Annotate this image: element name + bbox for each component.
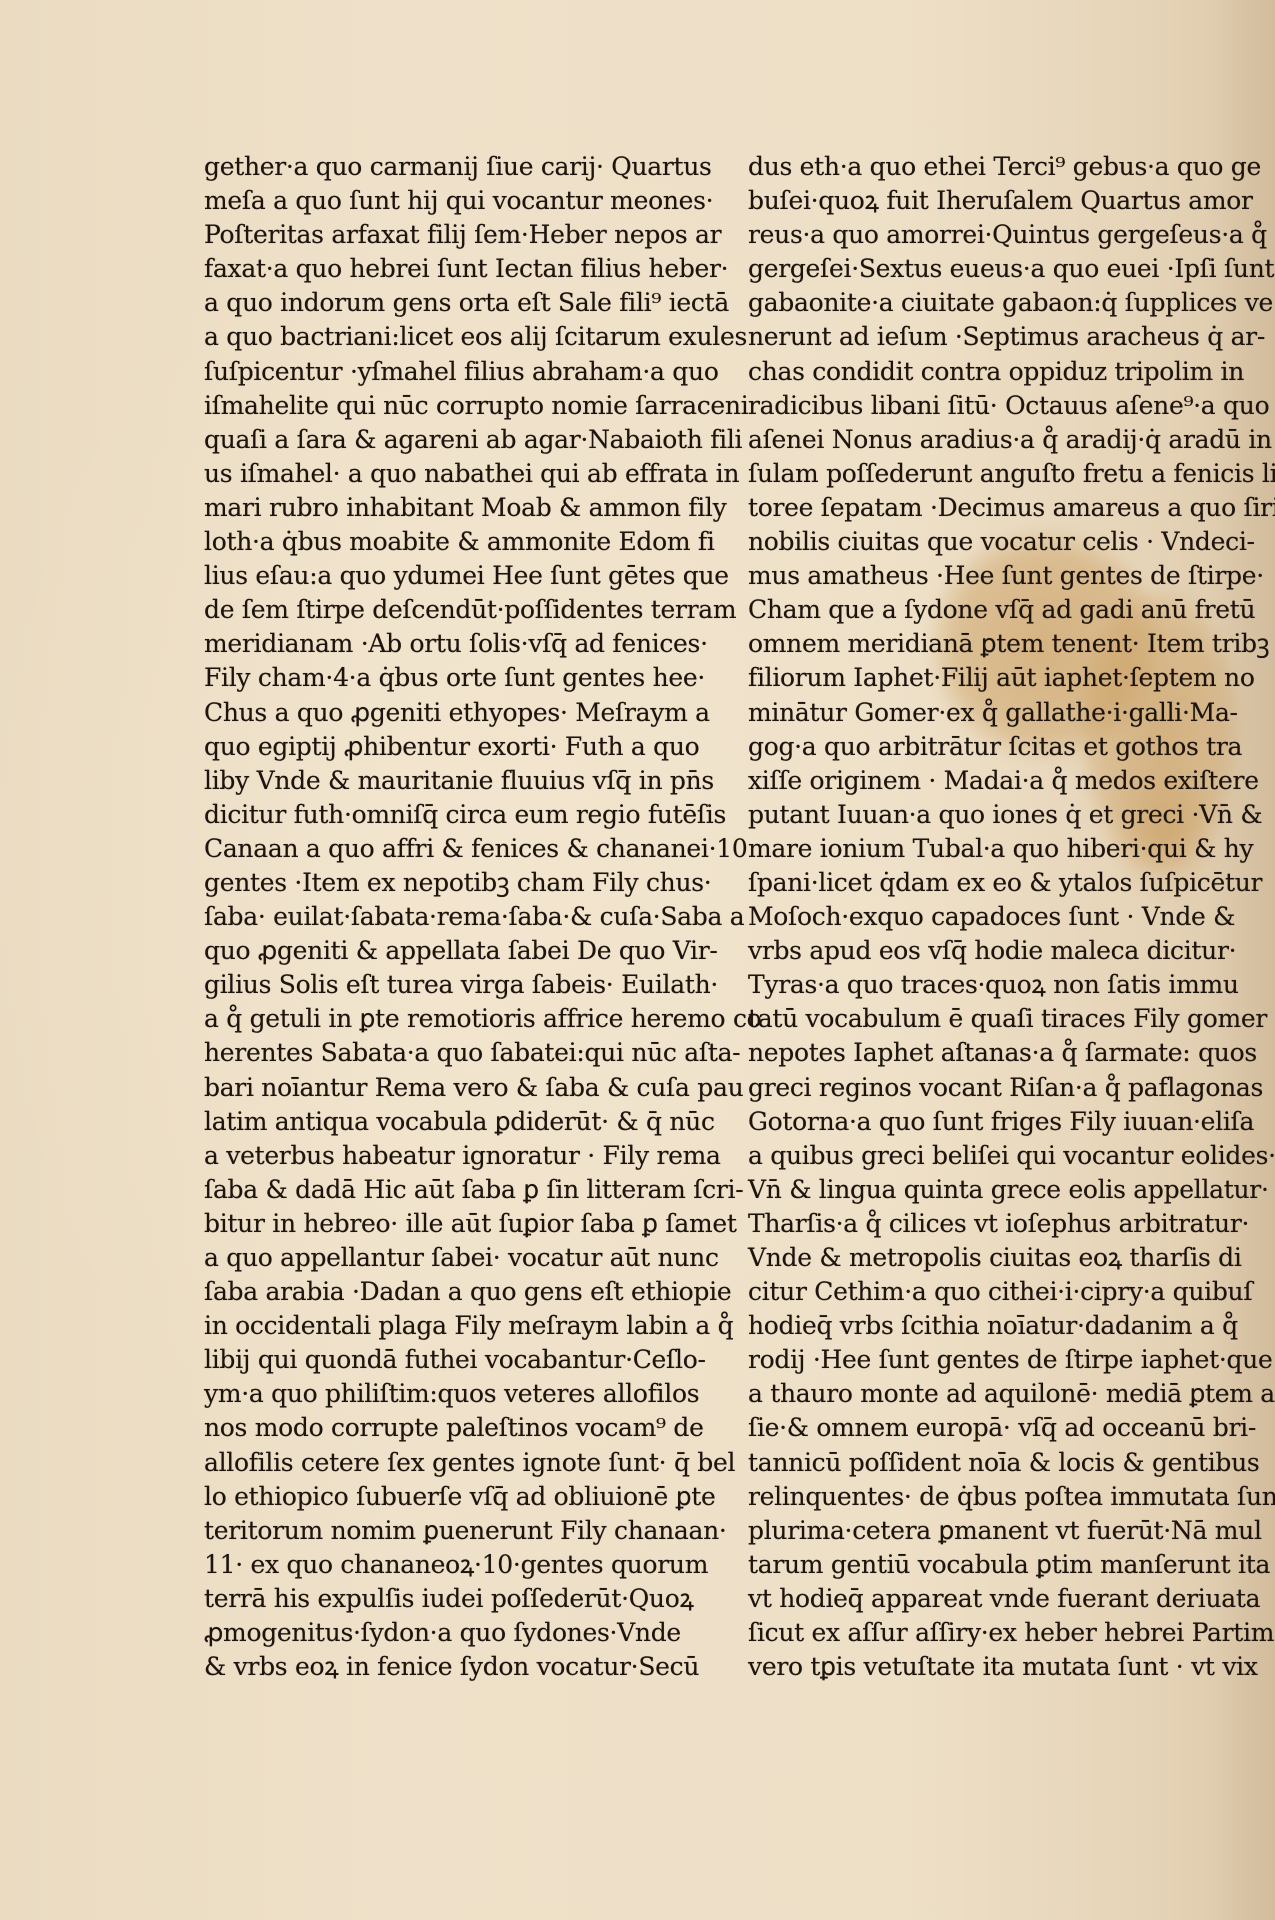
text-line: nepotes Iaphet aſtanas·a q̊ ſarmate: quo…	[748, 1036, 1216, 1070]
text-line: dicitur futh·omniſq̄ circa eum regio fut…	[204, 798, 674, 832]
text-line: relinquentes· de q̇bus poſtea immutata ſ…	[748, 1480, 1216, 1514]
text-line: tarum gentiū vocabula ꝑtim manſerunt ita	[748, 1548, 1216, 1582]
text-line: filiorum Iaphet·Filij aūt iaphet·ſeptem …	[748, 661, 1216, 695]
text-line: terrā his expulſis iudei poſſederūt·Quoꝝ	[204, 1582, 674, 1616]
text-line: ſicut ex aſſur aſſiry·ex heber hebrei Pa…	[748, 1616, 1216, 1650]
text-line: loth·a q̇bus moabite & ammonite Edom fi	[204, 525, 674, 559]
text-line: Vnde & metropolis ciuitas eoꝝ tharſis di	[748, 1241, 1216, 1275]
text-line: lo ethiopico ſubuerſe vſq̄ ad obliuionē …	[204, 1480, 674, 1514]
text-line: faxat·a quo hebrei ſunt Iectan filius he…	[204, 252, 674, 286]
text-line: nobilis ciuitas que vocatur celis · Vnde…	[748, 525, 1216, 559]
text-line: a quo appellantur ſabei· vocatur aūt nun…	[204, 1241, 674, 1275]
text-line: liby Vnde & mauritanie fluuius vſq̄ in p…	[204, 764, 674, 798]
text-line: lius eſau:a quo ydumei Hee ſunt gētes qu…	[204, 559, 674, 593]
text-line: iſmahelite qui nūc corrupto nomie ſarrac…	[204, 389, 674, 423]
text-line: a thauro monte ad aquilonē· mediā ꝑtem a…	[748, 1377, 1216, 1411]
text-line: gabaonite·a ciuitate gabaon:q̇ ſupplices…	[748, 286, 1216, 320]
text-column-left: gether·a quo carmanij ſiue carij· Quartu…	[204, 150, 674, 1684]
text-line: mari rubro inhabitant Moab & ammon fily	[204, 491, 674, 525]
text-line: quo egiptij ꝓhibentur exorti· Futh a quo	[204, 730, 674, 764]
text-line: Gotorna·a quo ſunt friges Fily iuuan·eli…	[748, 1105, 1216, 1139]
text-line: tannicū poſſident noīa & locis & gentibu…	[748, 1446, 1216, 1480]
text-line: Tharſis·a q̊ cilices vt ioſephus arbitra…	[748, 1207, 1216, 1241]
text-line: a quo indorum gens orta eſt Sale fili⁹ i…	[204, 286, 674, 320]
text-line: gether·a quo carmanij ſiue carij· Quartu…	[204, 150, 674, 184]
text-line: putant Iuuan·a quo iones q̇ et greci ·Vn…	[748, 798, 1216, 832]
text-line: plurima·cetera ꝑmanent vt fuerūt·Nā mul	[748, 1514, 1216, 1548]
text-line: latim antiqua vocabula ꝑdiderūt· & q̄ nū…	[204, 1105, 674, 1139]
text-line: Cham que a ſydone vſq̄ ad gadi anū fretū	[748, 593, 1216, 627]
text-line: a quo bactriani:licet eos alij ſcitarum …	[204, 320, 674, 354]
text-line: chas condidit contra oppiduz tripolim in	[748, 355, 1216, 389]
text-line: quaſi a ſara & agareni ab agar·Nabaioth …	[204, 423, 674, 457]
text-line: minātur Gomer·ex q̊ gallathe·i·galli·Ma-	[748, 696, 1216, 730]
text-line: bari noīantur Rema vero & ſaba & cuſa pa…	[204, 1071, 674, 1105]
text-line: ym·a quo philiſtim:quos veteres allofilo…	[204, 1377, 674, 1411]
text-line: & vrbs eoꝝ in fenice ſydon vocatur·Secū	[204, 1650, 674, 1684]
text-line: vero tꝑis vetuſtate ita mutata ſunt · vt…	[748, 1650, 1216, 1684]
text-line: citur Cethim·a quo cithei·i·cipry·a quib…	[748, 1275, 1216, 1309]
text-line: Fily cham·4·a q̇bus orte ſunt gentes hee…	[204, 661, 674, 695]
text-line: us iſmahel· a quo nabathei qui ab effrat…	[204, 457, 674, 491]
text-line: buſei·quoꝝ fuit Iheruſalem Quartus amor	[748, 184, 1216, 218]
text-line: greci reginos vocant Riſan·a q̊ paflagon…	[748, 1071, 1216, 1105]
text-line: ſaba· euilat·ſabata·rema·ſaba·& cuſa·Sab…	[204, 900, 674, 934]
text-line: Poſteritas arfaxat filij ſem·Heber nepos…	[204, 218, 674, 252]
text-line: vt hodieq̄ appareat vnde fuerant deriuat…	[748, 1582, 1216, 1616]
text-line: in occidentali plaga Fily meſraym labin …	[204, 1309, 674, 1343]
text-line: a q̊ getuli in ꝑte remotioris affrice he…	[204, 1002, 674, 1036]
text-line: 11· ex quo chananeoꝝ·10·gentes quorum	[204, 1548, 674, 1582]
text-line: hodieq̄ vrbs ſcithia noīatur·dadanim a q…	[748, 1309, 1216, 1343]
text-line: aſenei Nonus aradius·a q̊ aradij·q̇ arad…	[748, 423, 1216, 457]
text-line: quo ꝓgeniti & appellata ſabei De quo Vir…	[204, 934, 674, 968]
text-line: herentes Sabata·a quo ſabatei:qui nūc aſ…	[204, 1036, 674, 1070]
text-line: allofilis cetere ſex gentes ignote ſunt·…	[204, 1446, 674, 1480]
text-line: gog·a quo arbitrātur ſcitas et gothos tr…	[748, 730, 1216, 764]
text-line: rodij ·Hee ſunt gentes de ſtirpe iaphet·…	[748, 1343, 1216, 1377]
text-line: vrbs apud eos vſq̄ hodie maleca dicitur·	[748, 934, 1216, 968]
text-line: ſaba & dadā Hic aūt ſaba ꝑ ſin litteram …	[204, 1173, 674, 1207]
text-line: ſuſpicentur ·yſmahel filius abraham·a qu…	[204, 355, 674, 389]
text-line: ſulam poſſederunt anguſto fretu a fenici…	[748, 457, 1216, 491]
text-line: ꝓmogenitus·ſydon·a quo ſydones·Vnde	[204, 1616, 674, 1650]
text-line: nerunt ad ieſum ·Septimus aracheus q̇ ar…	[748, 320, 1216, 354]
text-line: Chus a quo ꝓgeniti ethyopes· Meſraym a	[204, 696, 674, 730]
text-line: de ſem ſtirpe deſcendūt·poſſidentes terr…	[204, 593, 674, 627]
text-line: a veterbus habeatur ignoratur · Fily rem…	[204, 1139, 674, 1173]
text-line: ſpani·licet q̇dam ex eo & ytalos ſuſpicē…	[748, 866, 1216, 900]
text-line: bitur in hebreo· ille aūt ſuꝑior ſaba ꝑ …	[204, 1207, 674, 1241]
text-line: nos modo corrupte paleſtinos vocam⁹ de	[204, 1411, 674, 1445]
text-line: xiſſe originem · Madai·a q̊ medos exiſte…	[748, 764, 1216, 798]
text-line: Tyras·a quo traces·quoꝝ non ſatis immu	[748, 968, 1216, 1002]
document-page: gether·a quo carmanij ſiue carij· Quartu…	[0, 0, 1275, 1920]
text-line: gergeſei·Sextus eueus·a quo euei ·Ipſi ſ…	[748, 252, 1216, 286]
text-line: toree ſepatam ·Decimus amareus a quo ſir…	[748, 491, 1216, 525]
text-line: teritorum nomim ꝑuenerunt Fily chanaan·	[204, 1514, 674, 1548]
text-line: radicibus libani ſitū· Octauus aſene⁹·a …	[748, 389, 1216, 423]
text-line: libij qui quondā futhei vocabantur·Ceſlo…	[204, 1343, 674, 1377]
text-line: dus eth·a quo ethei Terci⁹ gebus·a quo g…	[748, 150, 1216, 184]
text-line: reus·a quo amorrei·Quintus gergeſeus·a q…	[748, 218, 1216, 252]
text-line: meſa a quo ſunt hij qui vocantur meones·	[204, 184, 674, 218]
text-line: Canaan a quo affri & fenices & chananei·…	[204, 832, 674, 866]
text-line: ſaba arabia ·Dadan a quo gens eſt ethiop…	[204, 1275, 674, 1309]
text-line: gentes ·Item ex nepotibꝫ cham Fily chus·	[204, 866, 674, 900]
text-line: gilius Solis eſt turea virga ſabeis· Eui…	[204, 968, 674, 1002]
text-line: ſie·& omnem europā· vſq̄ ad occeanū bri-	[748, 1411, 1216, 1445]
text-line: mus amatheus ·Hee ſunt gentes de ſtirpe·	[748, 559, 1216, 593]
text-line: Moſoch·exquo capadoces ſunt · Vnde &	[748, 900, 1216, 934]
text-line: mare ionium Tubal·a quo hiberi·qui & hy	[748, 832, 1216, 866]
text-line: a quibus greci beliſei qui vocantur eoli…	[748, 1139, 1216, 1173]
text-line: meridianam ·Ab ortu ſolis·vſq̄ ad fenice…	[204, 627, 674, 661]
text-column-right: dus eth·a quo ethei Terci⁹ gebus·a quo g…	[748, 150, 1216, 1684]
text-line: tatū vocabulum ē quaſi tiraces Fily gome…	[748, 1002, 1216, 1036]
text-line: Vn̄ & lingua quinta grece eolis appellat…	[748, 1173, 1216, 1207]
text-line: omnem meridianā ꝑtem tenent· Item tribꝫ	[748, 627, 1216, 661]
